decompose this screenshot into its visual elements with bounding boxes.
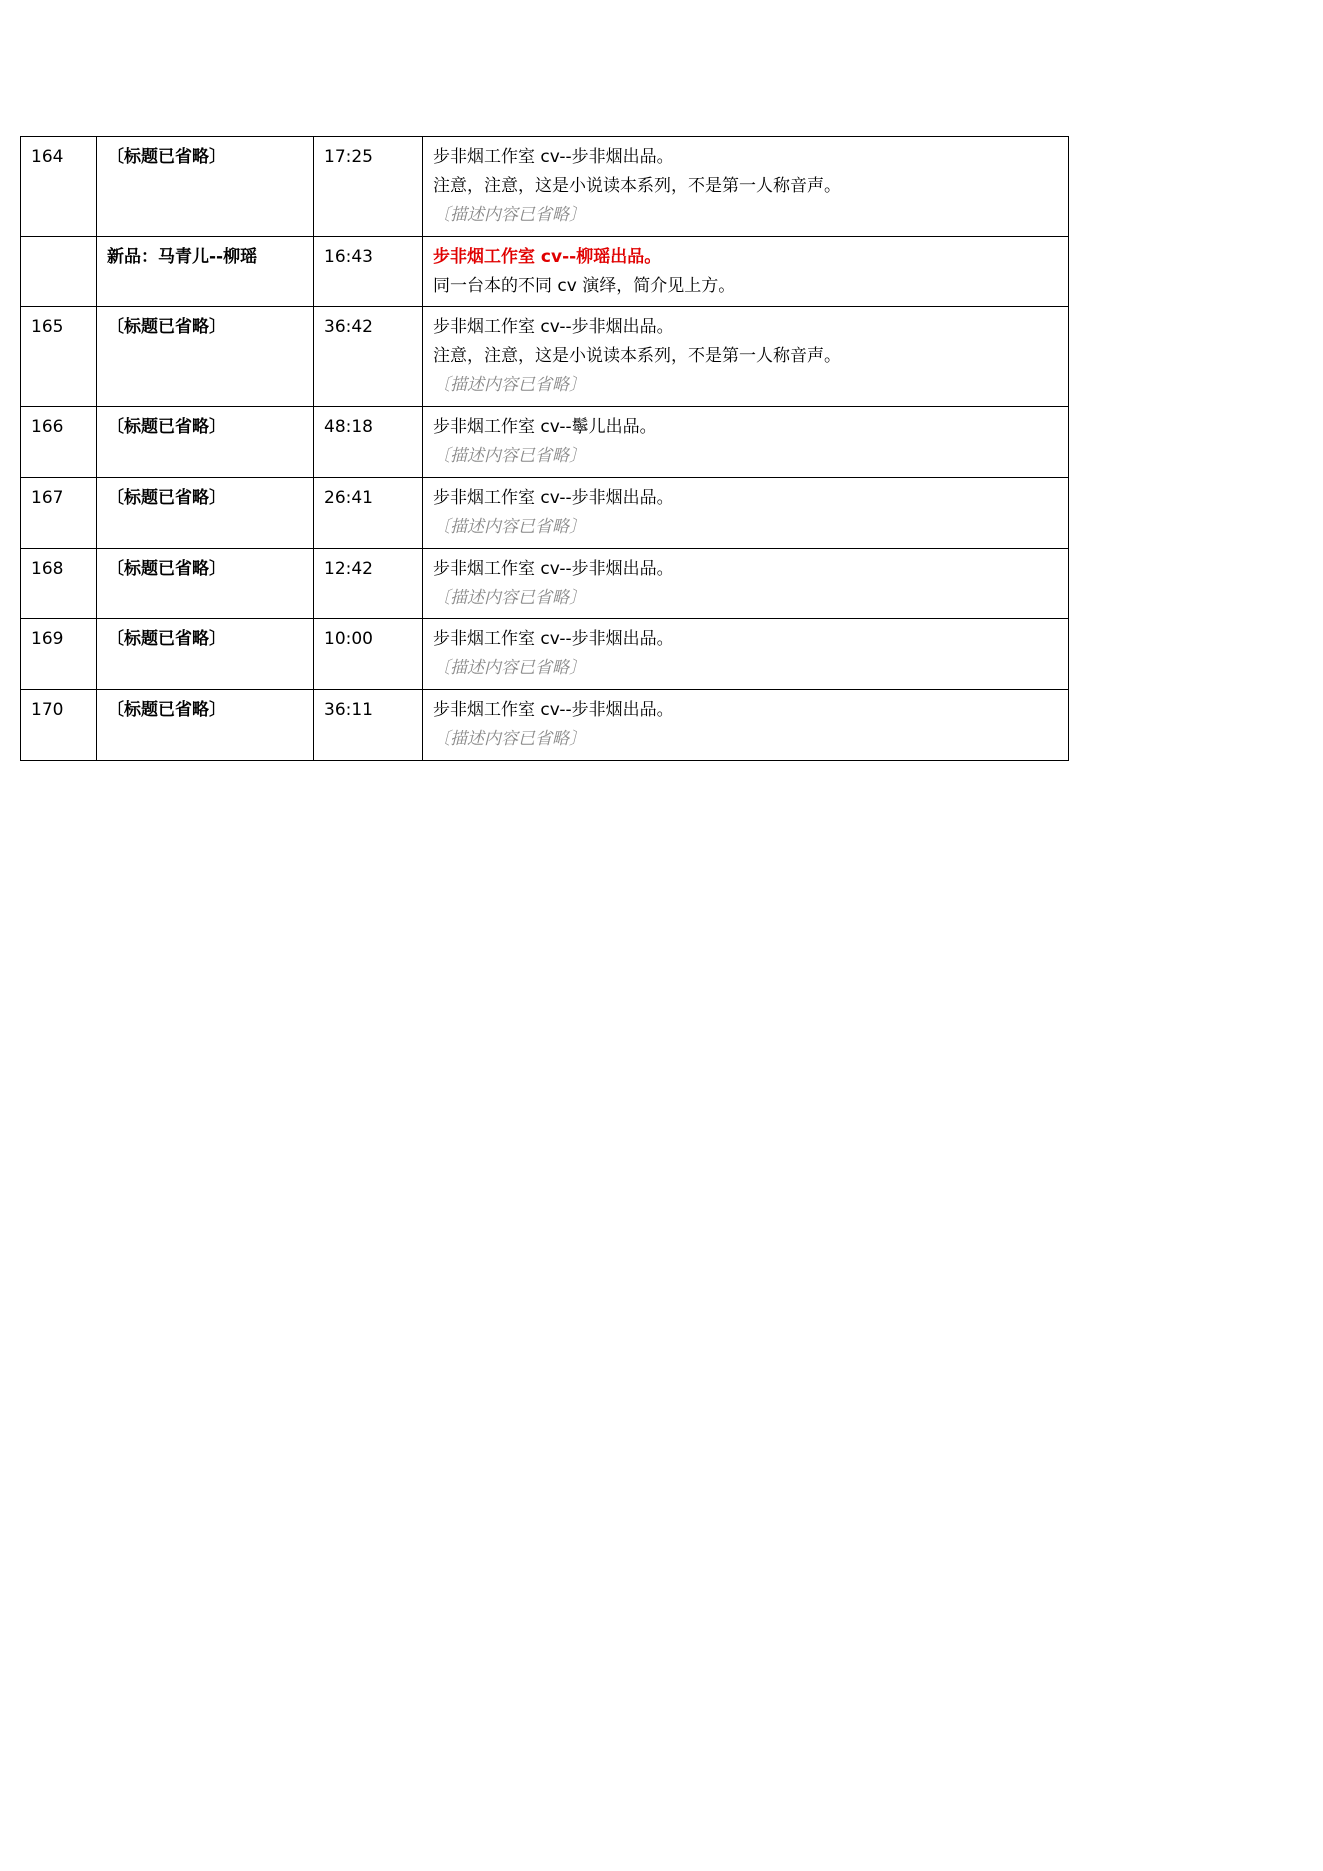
table-row: 168〔标题已省略〕12:42步非烟工作室 cv--步非烟出品。〔描述内容已省略… (21, 548, 1069, 619)
description-line: 步非烟工作室 cv--步非烟出品。 (433, 625, 1058, 654)
duration-cell: 16:43 (314, 236, 423, 307)
description-line: 步非烟工作室 cv--鬡儿出品。 (433, 413, 1058, 442)
title-cell: 〔标题已省略〕 (97, 548, 314, 619)
duration-cell: 10:00 (314, 619, 423, 690)
row-number-cell: 168 (21, 548, 97, 619)
document-page: 164〔标题已省略〕17:25步非烟工作室 cv--步非烟出品。注意，注意，这是… (0, 0, 1323, 761)
description-cell: 步非烟工作室 cv--步非烟出品。〔描述内容已省略〕 (423, 477, 1069, 548)
row-number-cell: 165 (21, 307, 97, 407)
title-cell: 〔标题已省略〕 (97, 690, 314, 761)
row-number-cell: 170 (21, 690, 97, 761)
row-number-cell: 167 (21, 477, 97, 548)
row-number-cell: 164 (21, 137, 97, 237)
title-cell: 〔标题已省略〕 (97, 407, 314, 478)
table-row: 164〔标题已省略〕17:25步非烟工作室 cv--步非烟出品。注意，注意，这是… (21, 137, 1069, 237)
title-cell: 〔标题已省略〕 (97, 477, 314, 548)
description-line: 步非烟工作室 cv--步非烟出品。 (433, 484, 1058, 513)
redacted-description: 〔描述内容已省略〕 (433, 442, 1058, 471)
row-number-cell: 166 (21, 407, 97, 478)
title-cell: 〔标题已省略〕 (97, 307, 314, 407)
catalog-table-body: 164〔标题已省略〕17:25步非烟工作室 cv--步非烟出品。注意，注意，这是… (21, 137, 1069, 761)
redacted-description: 〔描述内容已省略〕 (433, 201, 1058, 230)
duration-cell: 17:25 (314, 137, 423, 237)
title-cell: 〔标题已省略〕 (97, 619, 314, 690)
description-line: 步非烟工作室 cv--步非烟出品。 (433, 696, 1058, 725)
table-row: 167〔标题已省略〕26:41步非烟工作室 cv--步非烟出品。〔描述内容已省略… (21, 477, 1069, 548)
description-cell: 步非烟工作室 cv--柳瑶出品。同一台本的不同 cv 演绎，简介见上方。 (423, 236, 1069, 307)
duration-cell: 36:42 (314, 307, 423, 407)
duration-cell: 48:18 (314, 407, 423, 478)
redacted-description: 〔描述内容已省略〕 (433, 584, 1058, 613)
table-row: 166〔标题已省略〕48:18步非烟工作室 cv--鬡儿出品。〔描述内容已省略〕 (21, 407, 1069, 478)
description-cell: 步非烟工作室 cv--步非烟出品。〔描述内容已省略〕 (423, 619, 1069, 690)
redacted-description: 〔描述内容已省略〕 (433, 654, 1058, 683)
duration-cell: 12:42 (314, 548, 423, 619)
row-number-cell: 169 (21, 619, 97, 690)
description-line: 步非烟工作室 cv--步非烟出品。 (433, 313, 1058, 342)
redacted-description: 〔描述内容已省略〕 (433, 371, 1058, 400)
redacted-description: 〔描述内容已省略〕 (433, 513, 1058, 542)
description-cell: 步非烟工作室 cv--步非烟出品。〔描述内容已省略〕 (423, 548, 1069, 619)
description-line: 注意，注意，这是小说读本系列，不是第一人称音声。 (433, 342, 1058, 371)
table-row: 新品：马青儿--柳瑶16:43步非烟工作室 cv--柳瑶出品。同一台本的不同 c… (21, 236, 1069, 307)
table-row: 170〔标题已省略〕36:11步非烟工作室 cv--步非烟出品。〔描述内容已省略… (21, 690, 1069, 761)
title-cell: 新品：马青儿--柳瑶 (97, 236, 314, 307)
row-number-cell (21, 236, 97, 307)
table-row: 169〔标题已省略〕10:00步非烟工作室 cv--步非烟出品。〔描述内容已省略… (21, 619, 1069, 690)
description-line: 步非烟工作室 cv--步非烟出品。 (433, 555, 1058, 584)
description-cell: 步非烟工作室 cv--步非烟出品。注意，注意，这是小说读本系列，不是第一人称音声… (423, 307, 1069, 407)
description-line: 步非烟工作室 cv--步非烟出品。 (433, 143, 1058, 172)
redacted-description: 〔描述内容已省略〕 (433, 725, 1058, 754)
attribution-line-highlighted: 步非烟工作室 cv--柳瑶出品。 (433, 243, 1058, 272)
duration-cell: 26:41 (314, 477, 423, 548)
description-line: 注意，注意，这是小说读本系列，不是第一人称音声。 (433, 172, 1058, 201)
duration-cell: 36:11 (314, 690, 423, 761)
table-row: 165〔标题已省略〕36:42步非烟工作室 cv--步非烟出品。注意，注意，这是… (21, 307, 1069, 407)
title-cell: 〔标题已省略〕 (97, 137, 314, 237)
description-cell: 步非烟工作室 cv--步非烟出品。〔描述内容已省略〕 (423, 690, 1069, 761)
description-cell: 步非烟工作室 cv--鬡儿出品。〔描述内容已省略〕 (423, 407, 1069, 478)
description-cell: 步非烟工作室 cv--步非烟出品。注意，注意，这是小说读本系列，不是第一人称音声… (423, 137, 1069, 237)
catalog-table: 164〔标题已省略〕17:25步非烟工作室 cv--步非烟出品。注意，注意，这是… (20, 136, 1069, 761)
description-line: 同一台本的不同 cv 演绎，简介见上方。 (433, 272, 1058, 301)
